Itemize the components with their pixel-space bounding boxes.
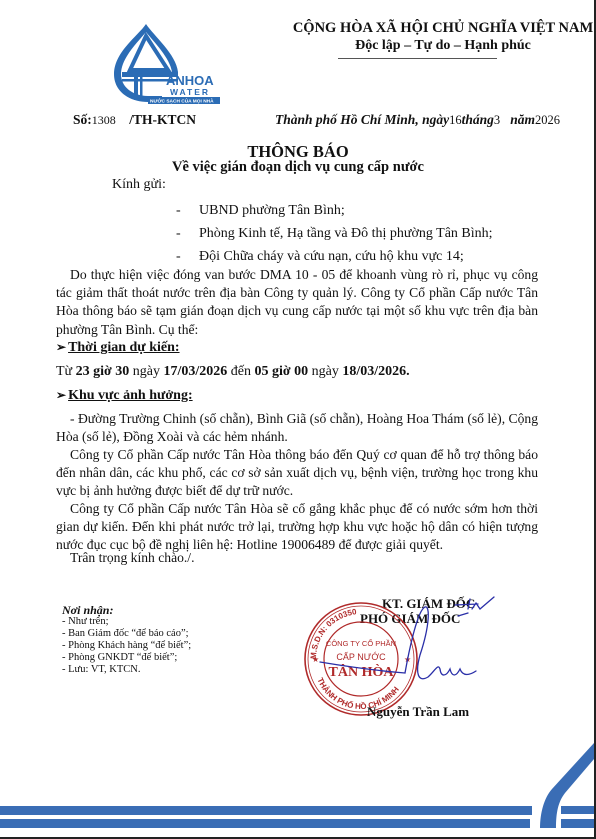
intro-paragraph: Do thực hiện việc đóng van bước DMA 10 -… <box>56 266 538 339</box>
blue-stripes-footer-icon <box>0 735 594 835</box>
time-prefix: Từ <box>56 364 76 379</box>
receiver-item: - Ban Giám đốc “để báo cáo”; <box>62 628 191 640</box>
dash: - <box>176 249 199 265</box>
area-heading: ➢Khu vực ảnh hưởng: <box>56 388 193 404</box>
time-mid: ngày <box>308 364 342 379</box>
hotline-text: Công ty Cổ phần Cấp nước Tân Hòa sẽ cố g… <box>56 501 538 552</box>
date-place: Thành phố Hồ Chí Minh, ngày <box>275 112 449 127</box>
svg-text:WATER: WATER <box>170 87 210 97</box>
svg-text:ANHOA: ANHOA <box>166 73 214 88</box>
time-mid: đến <box>227 364 254 379</box>
doc-number-suffix: /TH-KTCN <box>129 112 196 127</box>
doc-number-value: 1308 <box>92 113 116 127</box>
closing-line: Trân trọng kính chào./. <box>56 549 538 567</box>
receiver-item: - Phòng Khách hàng “để biết”; <box>62 640 191 652</box>
closing-text: Trân trọng kính chào./. <box>70 550 194 565</box>
time-heading: ➢Thời gian dự kiến: <box>56 340 180 356</box>
dash: - <box>176 226 199 242</box>
start-time: 23 giờ 30 <box>76 364 130 379</box>
area-text: - Đường Trường Chinh (số chẵn), Bình Giã… <box>56 411 538 444</box>
document-subtitle: Về việc gián đoạn dịch vụ cung cấp nước <box>0 159 596 176</box>
time-heading-text: Thời gian dự kiến: <box>68 340 179 355</box>
date-line: Thành phố Hồ Chí Minh, ngày16tháng3 năm2… <box>275 112 560 128</box>
date-year-label: năm <box>510 112 535 127</box>
nation-header: CỘNG HÒA XÃ HỘI CHỦ NGHĨA VIỆT NAM <box>290 20 596 37</box>
doc-number-label: Số: <box>73 112 92 127</box>
arrow-bullet-icon: ➢ <box>56 340 66 354</box>
recipient-text: UBND phường Tân Bình; <box>199 203 345 218</box>
recipient-item: -Đội Chữa cháy và cứu nạn, cứu hộ khu vự… <box>176 249 464 265</box>
motto: Độc lập – Tự do – Hạnh phúc <box>290 38 596 54</box>
recipient-text: Đội Chữa cháy và cứu nạn, cứu hộ khu vực… <box>199 249 464 264</box>
hotline-paragraph: Công ty Cổ phần Cấp nước Tân Hòa sẽ cố g… <box>56 500 538 555</box>
recipient-item: -Phòng Kinh tế, Hạ tầng và Đô thị phường… <box>176 226 493 242</box>
support-paragraph: Công ty Cổ phần Cấp nước Tân Hòa thông b… <box>56 446 538 501</box>
date-day: 16 <box>449 113 462 127</box>
receiver-item: - Lưu: VT, KTCN. <box>62 664 191 676</box>
end-time: 05 giờ 00 <box>255 364 309 379</box>
company-logo-icon: ANHOA WATER NƯỚC SẠCH CỦA MỌI NHÀ <box>108 22 220 104</box>
area-heading-text: Khu vực ảnh hưởng: <box>68 388 193 403</box>
time-mid: ngày <box>129 364 163 379</box>
arrow-bullet-icon: ➢ <box>56 388 66 402</box>
date-month-label: tháng <box>462 112 494 127</box>
signer-name: Nguyễn Trần Lam <box>367 704 469 720</box>
time-range: Từ 23 giờ 30 ngày 17/03/2026 đến 05 giờ … <box>56 364 410 380</box>
handwritten-signature-icon <box>300 585 560 705</box>
motto-underline <box>338 58 497 59</box>
receivers-title: Nơi nhận: <box>62 604 191 616</box>
area-paragraph: - Đường Trường Chinh (số chẵn), Bình Giã… <box>56 410 538 446</box>
date-month: 3 <box>494 113 500 127</box>
support-text: Công ty Cổ phần Cấp nước Tân Hòa thông b… <box>56 447 538 498</box>
dash: - <box>176 203 199 219</box>
intro-text: Do thực hiện việc đóng van bước DMA 10 -… <box>56 267 538 337</box>
document-number: Số:1308 /TH-KTCN <box>73 112 196 128</box>
receiver-item: - Như trên; <box>62 616 191 628</box>
receiver-item: - Phòng GNKDT “để biết”; <box>62 652 191 664</box>
end-date: 18/03/2026. <box>342 364 409 379</box>
start-date: 17/03/2026 <box>164 364 228 379</box>
recipient-text: Phòng Kinh tế, Hạ tầng và Đô thị phường … <box>199 226 493 241</box>
recipients-label: Kính gửi: <box>112 177 166 193</box>
date-year: 2026 <box>535 113 560 127</box>
recipient-item: -UBND phường Tân Bình; <box>176 203 345 219</box>
receivers-block: Nơi nhận: - Như trên; - Ban Giám đốc “để… <box>62 604 191 676</box>
